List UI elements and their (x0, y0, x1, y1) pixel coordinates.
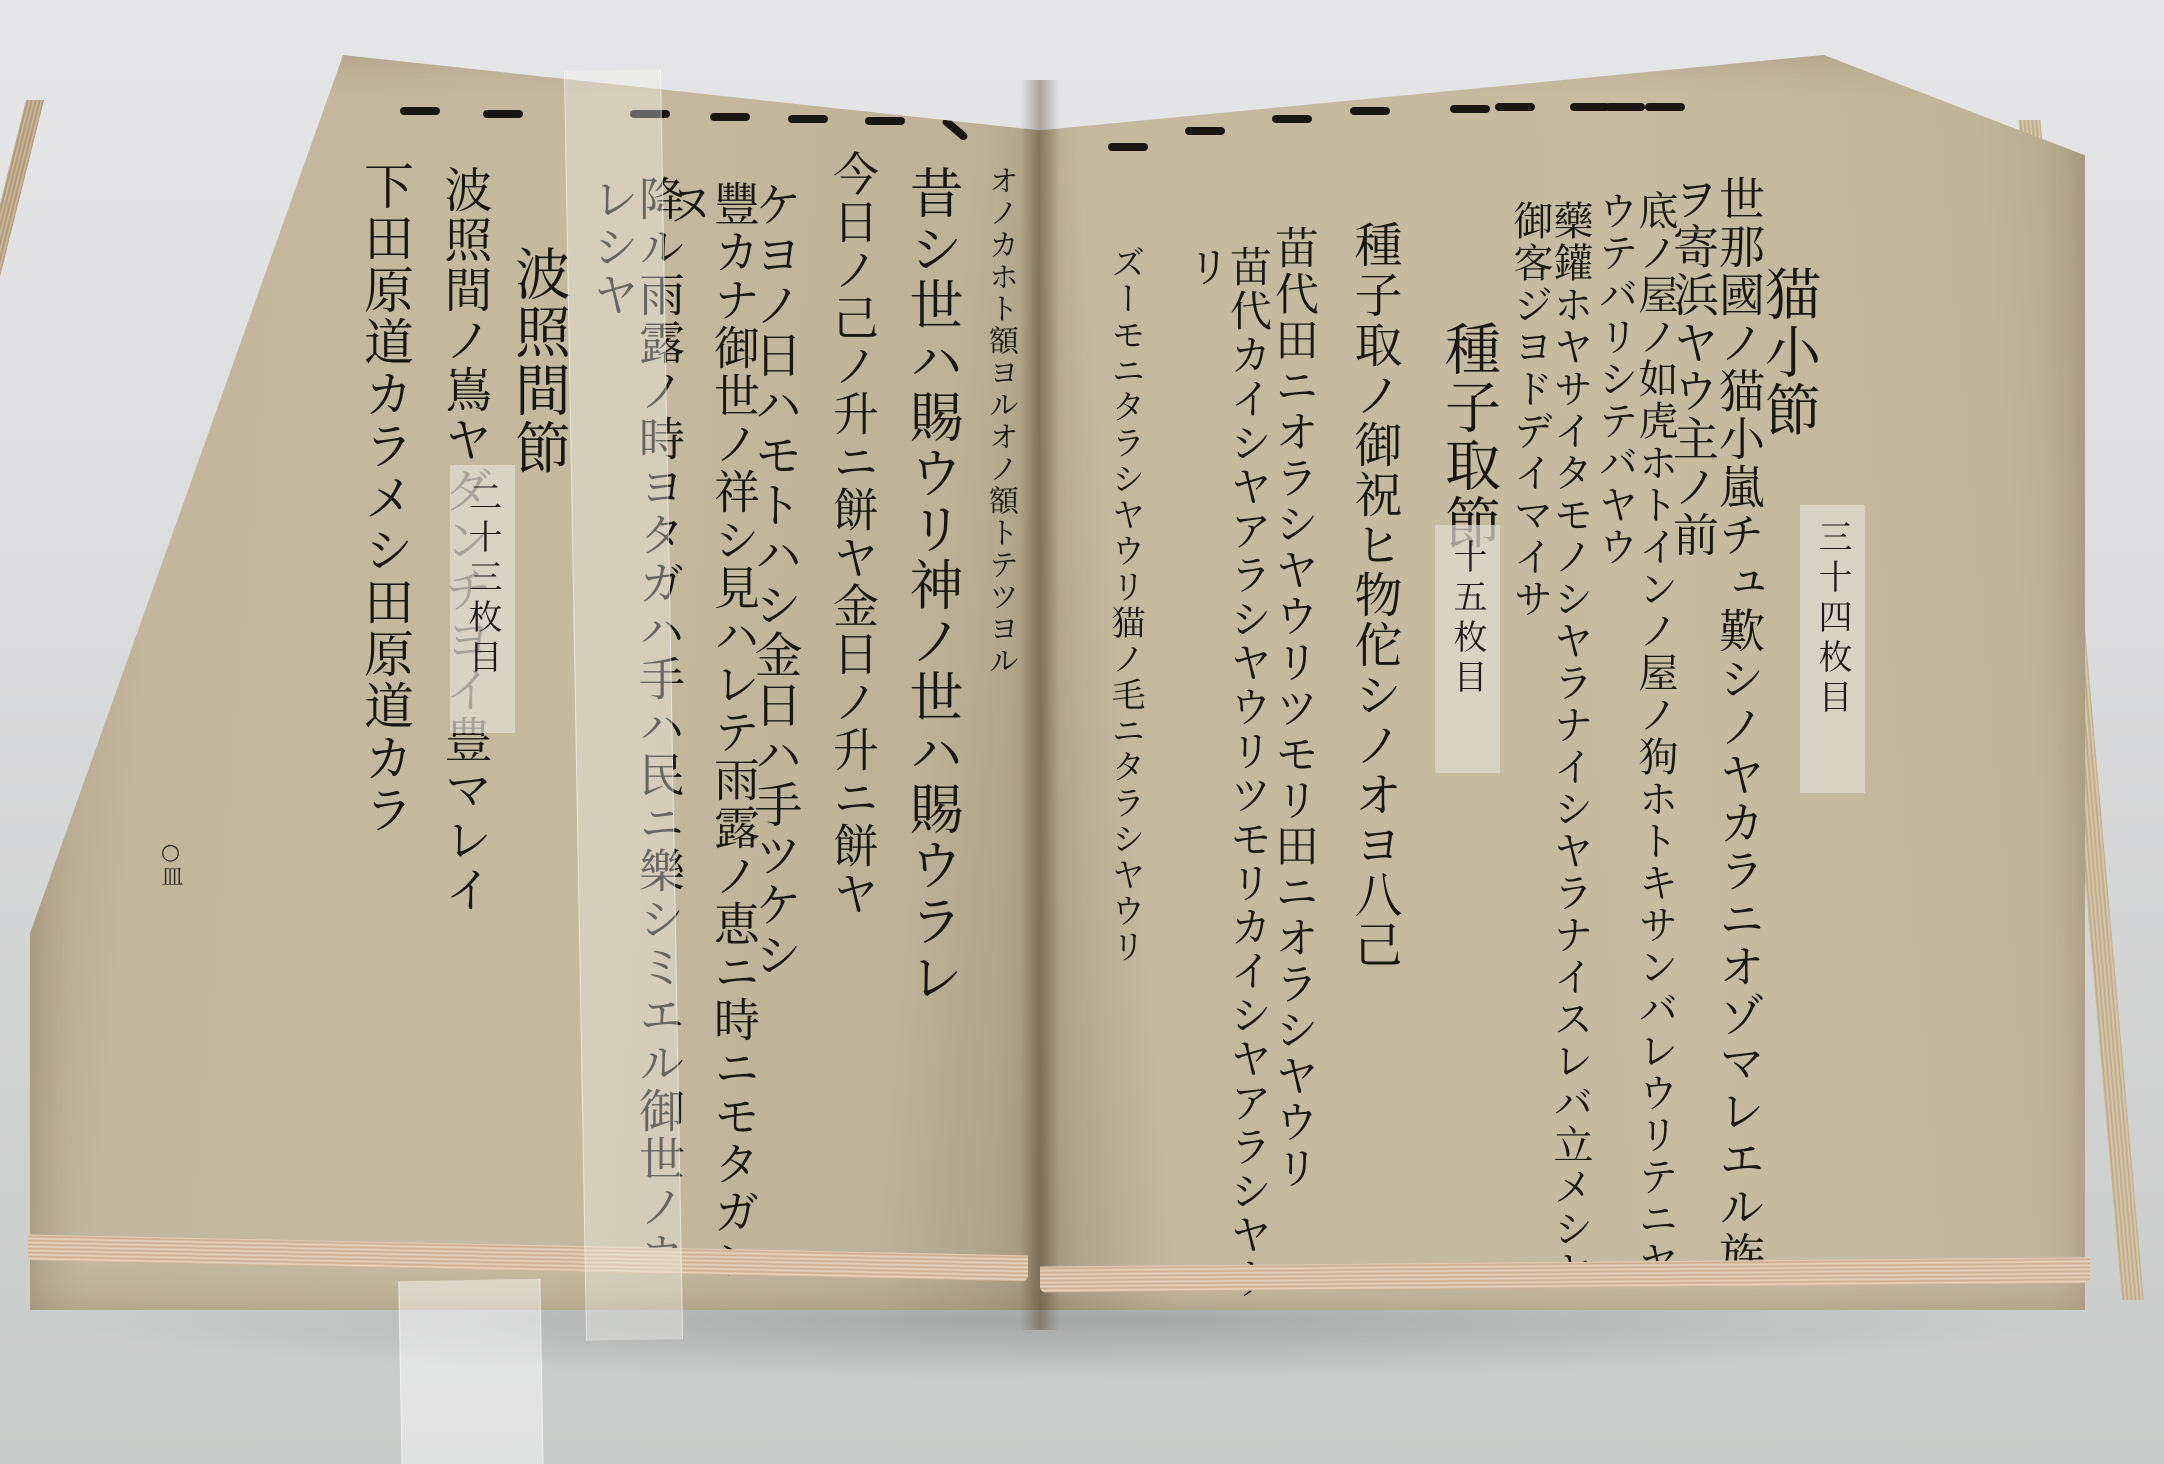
text-column: ズーモニタラシヤウリ猫ノ毛ニタラシヤウリ (1108, 245, 1142, 965)
bullet-mark (483, 110, 523, 118)
bullet-mark (1108, 143, 1148, 151)
bullet-mark (941, 116, 969, 141)
plastic-holding-strip-bottom (398, 1279, 543, 1464)
bullet-mark (1450, 105, 1490, 113)
bullet-mark (1570, 103, 1610, 111)
text-column: 種子取ノ御祝ヒ物佗シノオヨ八己 (1350, 220, 1398, 970)
text-column: 世那國ノ猫小嵐チュ歎シノヤカラニオゾマレエル族ヲ寄浜ヤウ主ノ前 (1670, 175, 1762, 1310)
bullet-mark (710, 113, 750, 121)
text-column: 今日ノ己ノ升ニ餅ヤ金日ノ升ニ餅ヤ (830, 150, 876, 918)
folio-label: 十五枚目 (1435, 525, 1500, 773)
bullet-mark (400, 107, 440, 115)
text-column: 底ノ屋ノ如虎ホトインノ屋ノ狗ホトキサンバレウリテニヤウテバリシテバヤウ (1595, 190, 1675, 1310)
bullet-mark (1495, 103, 1535, 111)
text-column: 藥鑵ホヤサイタモノシヤラナイシヤラナイスレバ立メシヤ御客ジヨドデイマイサ (1510, 200, 1590, 1310)
folio-label: 二十三枚目 (450, 465, 515, 733)
bullet-mark (1272, 115, 1312, 123)
section-title: 波照間節 (510, 245, 566, 477)
photo-scene: オノカホト額ヨルオノ額トテツヨル 昔シ世ハ賜ウリ神ノ世ハ賜ウラレ 今日ノ己ノ升ニ… (0, 0, 2164, 1464)
text-column: 昔シ世ハ賜ウリ神ノ世ハ賜ウラレ (905, 165, 959, 1005)
bullet-mark (1605, 103, 1645, 111)
bullet-mark (1645, 103, 1685, 111)
section-title: 猫小節 (1760, 265, 1816, 439)
book-gutter (1020, 80, 1060, 1330)
section-title: 種子取節 (1440, 320, 1496, 552)
bullet-mark (1185, 127, 1225, 135)
text-column: 苗代カイシヤアラシヤウリツモリカイシヤアラシヤウリ (1185, 245, 1269, 1310)
text-column: オノカホト額ヨルオノ額トテツヨル (985, 165, 1015, 677)
text-column: 下田原道カラメシ田原道カラ (360, 160, 410, 836)
margin-mark: ○皿 (155, 840, 186, 887)
left-page: オノカホト額ヨルオノ額トテツヨル 昔シ世ハ賜ウリ神ノ世ハ賜ウラレ 今日ノ己ノ升ニ… (30, 55, 1040, 1310)
bullet-mark (1350, 107, 1390, 115)
folio-label: 三十四枚目 (1800, 505, 1865, 793)
bullet-mark (788, 115, 828, 123)
right-page: 猫小節 世那國ノ猫小嵐チュ歎シノヤカラニオゾマレエル族ヲ寄浜ヤウ主ノ前 底ノ屋ノ… (1040, 55, 2085, 1310)
text-column: 苗代田ニオラシヤウリツモリ田ニオラシヤウリ (1270, 225, 1314, 1191)
bullet-mark (865, 117, 905, 125)
